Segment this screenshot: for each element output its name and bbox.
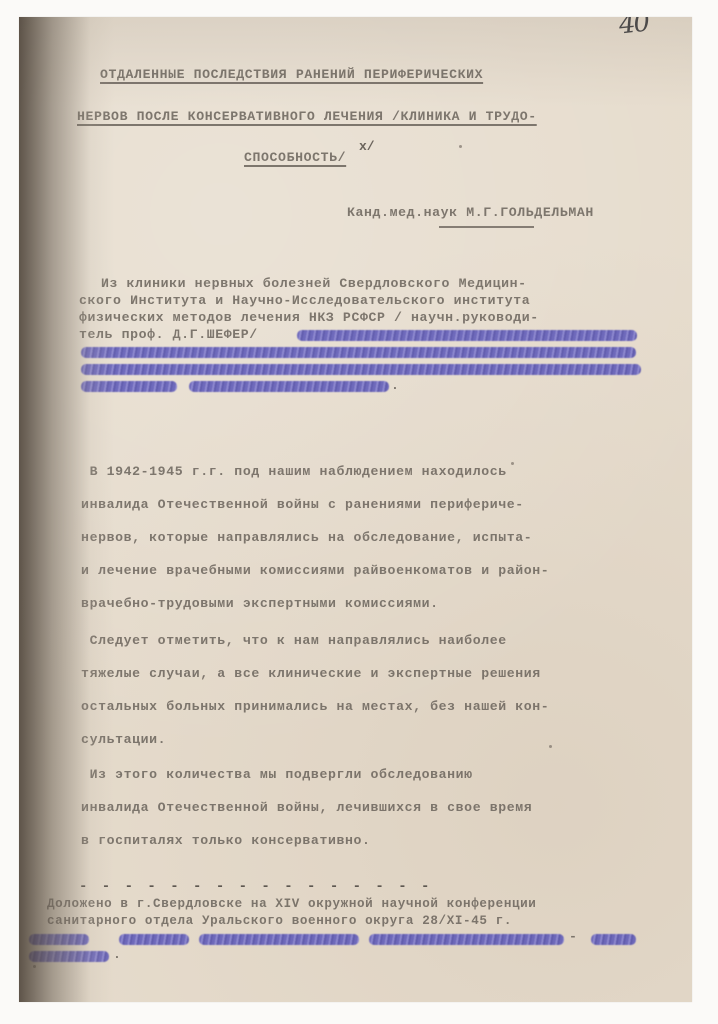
paragraph-2-line-4: сультации. <box>47 732 166 747</box>
paper-speck <box>33 965 36 968</box>
paragraph-1-line-5: врачебно-трудовыми экспертными комиссиям… <box>47 596 439 611</box>
affiliation-line-3: физических методов лечения НКЗ РСФСР / н… <box>79 310 539 325</box>
paper-speck <box>549 745 552 748</box>
footnote-line-1: Доложено в г.Свердловске на XIV окружной… <box>47 897 536 911</box>
paragraph-1-line-3: нервов, которые направлялись на обследов… <box>47 530 532 545</box>
footnote-marker: x/ <box>359 139 375 154</box>
author-line: Канд.мед.наук М.Г.ГОЛЬДЕЛЬМАН <box>347 205 594 220</box>
author-underline <box>439 226 534 228</box>
handwritten-page-number: 40 <box>618 17 650 40</box>
redaction-period: . <box>391 378 400 393</box>
paragraph-2-line-1: Следует отметить, что к нам направлялись… <box>47 633 507 648</box>
footnote-line-2: санитарного отдела Уральского военного о… <box>47 914 512 928</box>
affiliation-line-4: тель проф. Д.Г.ШЕФЕР/ <box>79 327 258 342</box>
paper-speck <box>511 462 514 465</box>
paragraph-2-line-3: остальных больных принимались на местах,… <box>47 699 549 714</box>
paragraph-1-line-4: и лечение врачебными комиссиями райвоенк… <box>47 563 549 578</box>
page-shadow-top <box>19 17 692 107</box>
footnote-dash: - <box>569 929 578 944</box>
title-line-1: ОТДАЛЕННЫЕ ПОСЛЕДСТВИЯ РАНЕНИЙ ПЕРИФЕРИЧ… <box>100 67 483 82</box>
footnote-period: . <box>113 947 122 962</box>
paragraph-3-line-2: инвалида Отечественной войны, лечившихся… <box>47 800 532 815</box>
paragraph-3-line-1: Из этого количества мы подвергли обследо… <box>47 767 473 782</box>
title-line-3: СПОСОБНОСТЬ/ <box>244 150 346 165</box>
paragraph-1-line-1: В 1942-1945 г.г. под нашим наблюдением н… <box>47 464 507 479</box>
affiliation-line-2: ского Института и Научно-Исследовательск… <box>79 293 530 308</box>
footnote-separator: - - - - - - - - - - - - - - - - <box>79 879 432 895</box>
document-page: 40 ОТДАЛЕННЫЕ ПОСЛЕДСТВИЯ РАНЕНИЙ ПЕРИФЕ… <box>19 17 692 1002</box>
paragraph-1-line-2: инвалида Отечественной войны с ранениями… <box>47 497 524 512</box>
paper-speck <box>459 145 462 148</box>
paragraph-3-line-3: в госпиталях только консервативно. <box>47 833 371 848</box>
paragraph-2-line-2: тяжелые случаи, а все клинические и эксп… <box>47 666 541 681</box>
title-line-2: НЕРВОВ ПОСЛЕ КОНСЕРВАТИВНОГО ЛЕЧЕНИЯ /КЛ… <box>77 109 537 124</box>
affiliation-line-1: Из клиники нервных болезней Свердловског… <box>101 276 527 291</box>
